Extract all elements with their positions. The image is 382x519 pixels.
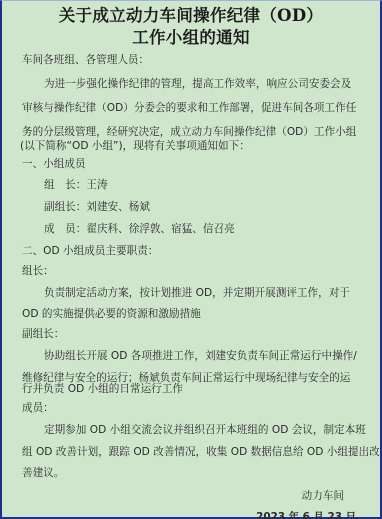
leader-label: 组长： — [22, 264, 54, 278]
section2-heading: 二、OD 小组成员主要职责： — [22, 244, 158, 258]
member-role: 组 长： — [44, 178, 86, 192]
intro-line: (以下简称“OD 小组”)，现将有关事项通知如下： — [20, 139, 250, 153]
member-role: 成 员： — [44, 222, 86, 236]
member-label: 成员： — [22, 401, 54, 415]
member-duty-line: 善建议。 — [22, 466, 64, 480]
deputy-duty-line: 协助组长开展 OD 各项推进工作，刘建安负责车间正常运行中操作/ — [44, 349, 357, 363]
member-names: 王涛 — [86, 179, 107, 191]
notice-document: 关于成立动力车间操作纪律（OD） 工作小组的通知 车间各班组、各管理人员： 为进… — [0, 0, 382, 519]
document-date: 2023 年 6 月 23 日 — [256, 508, 356, 519]
signature: 动力车间 — [302, 488, 344, 503]
deputy-label: 副组长： — [22, 327, 64, 341]
member-row-deputy: 副组长：刘建安、杨斌 — [44, 200, 150, 214]
member-duty-line: 组 OD 改善计划，跟踪 OD 改善情况，收集 OD 数据信息给 OD 小组提出… — [22, 445, 380, 459]
member-row-members: 成 员：翟庆科、徐浮敦、宿猛、信召亮 — [44, 222, 235, 236]
document-title-line2: 工作小组的通知 — [2, 24, 380, 48]
intro-line: 审核与操作纪律（OD）分委会的要求和工作部署，促进车间各项工作任 — [22, 101, 356, 115]
section1-heading: 一、小组成员 — [22, 157, 86, 171]
intro-line: 务的分层级管理，经研究决定，成立动力车间操作纪律（OD）工作小组 — [22, 125, 356, 139]
member-row-leader: 组 长：王涛 — [44, 178, 108, 192]
member-names: 翟庆科、徐浮敦、宿猛、信召亮 — [86, 223, 234, 235]
member-role: 副组长： — [44, 200, 86, 214]
deputy-duty-line: 行并负责 OD 小组的日常运行工作 — [22, 382, 183, 396]
leader-duty-line: OD 的实施提供必要的资源和激励措施 — [22, 307, 201, 321]
leader-duty-line: 负责制定活动方案，按计划推进 OD，并定期开展测评工作，对于 — [44, 286, 350, 300]
intro-line: 为进一步强化操作纪律的管理，提高工作效率，响应公司安委会及 — [44, 77, 351, 91]
document-title-line1: 关于成立动力车间操作纪律（OD） — [2, 2, 380, 26]
member-names: 刘建安、杨斌 — [86, 201, 150, 213]
member-duty-line: 定期参加 OD 小组交流会议并组织召开本班组的 OD 会议，制定本班 — [44, 423, 366, 437]
salutation: 车间各班组、各管理人员： — [22, 53, 149, 67]
